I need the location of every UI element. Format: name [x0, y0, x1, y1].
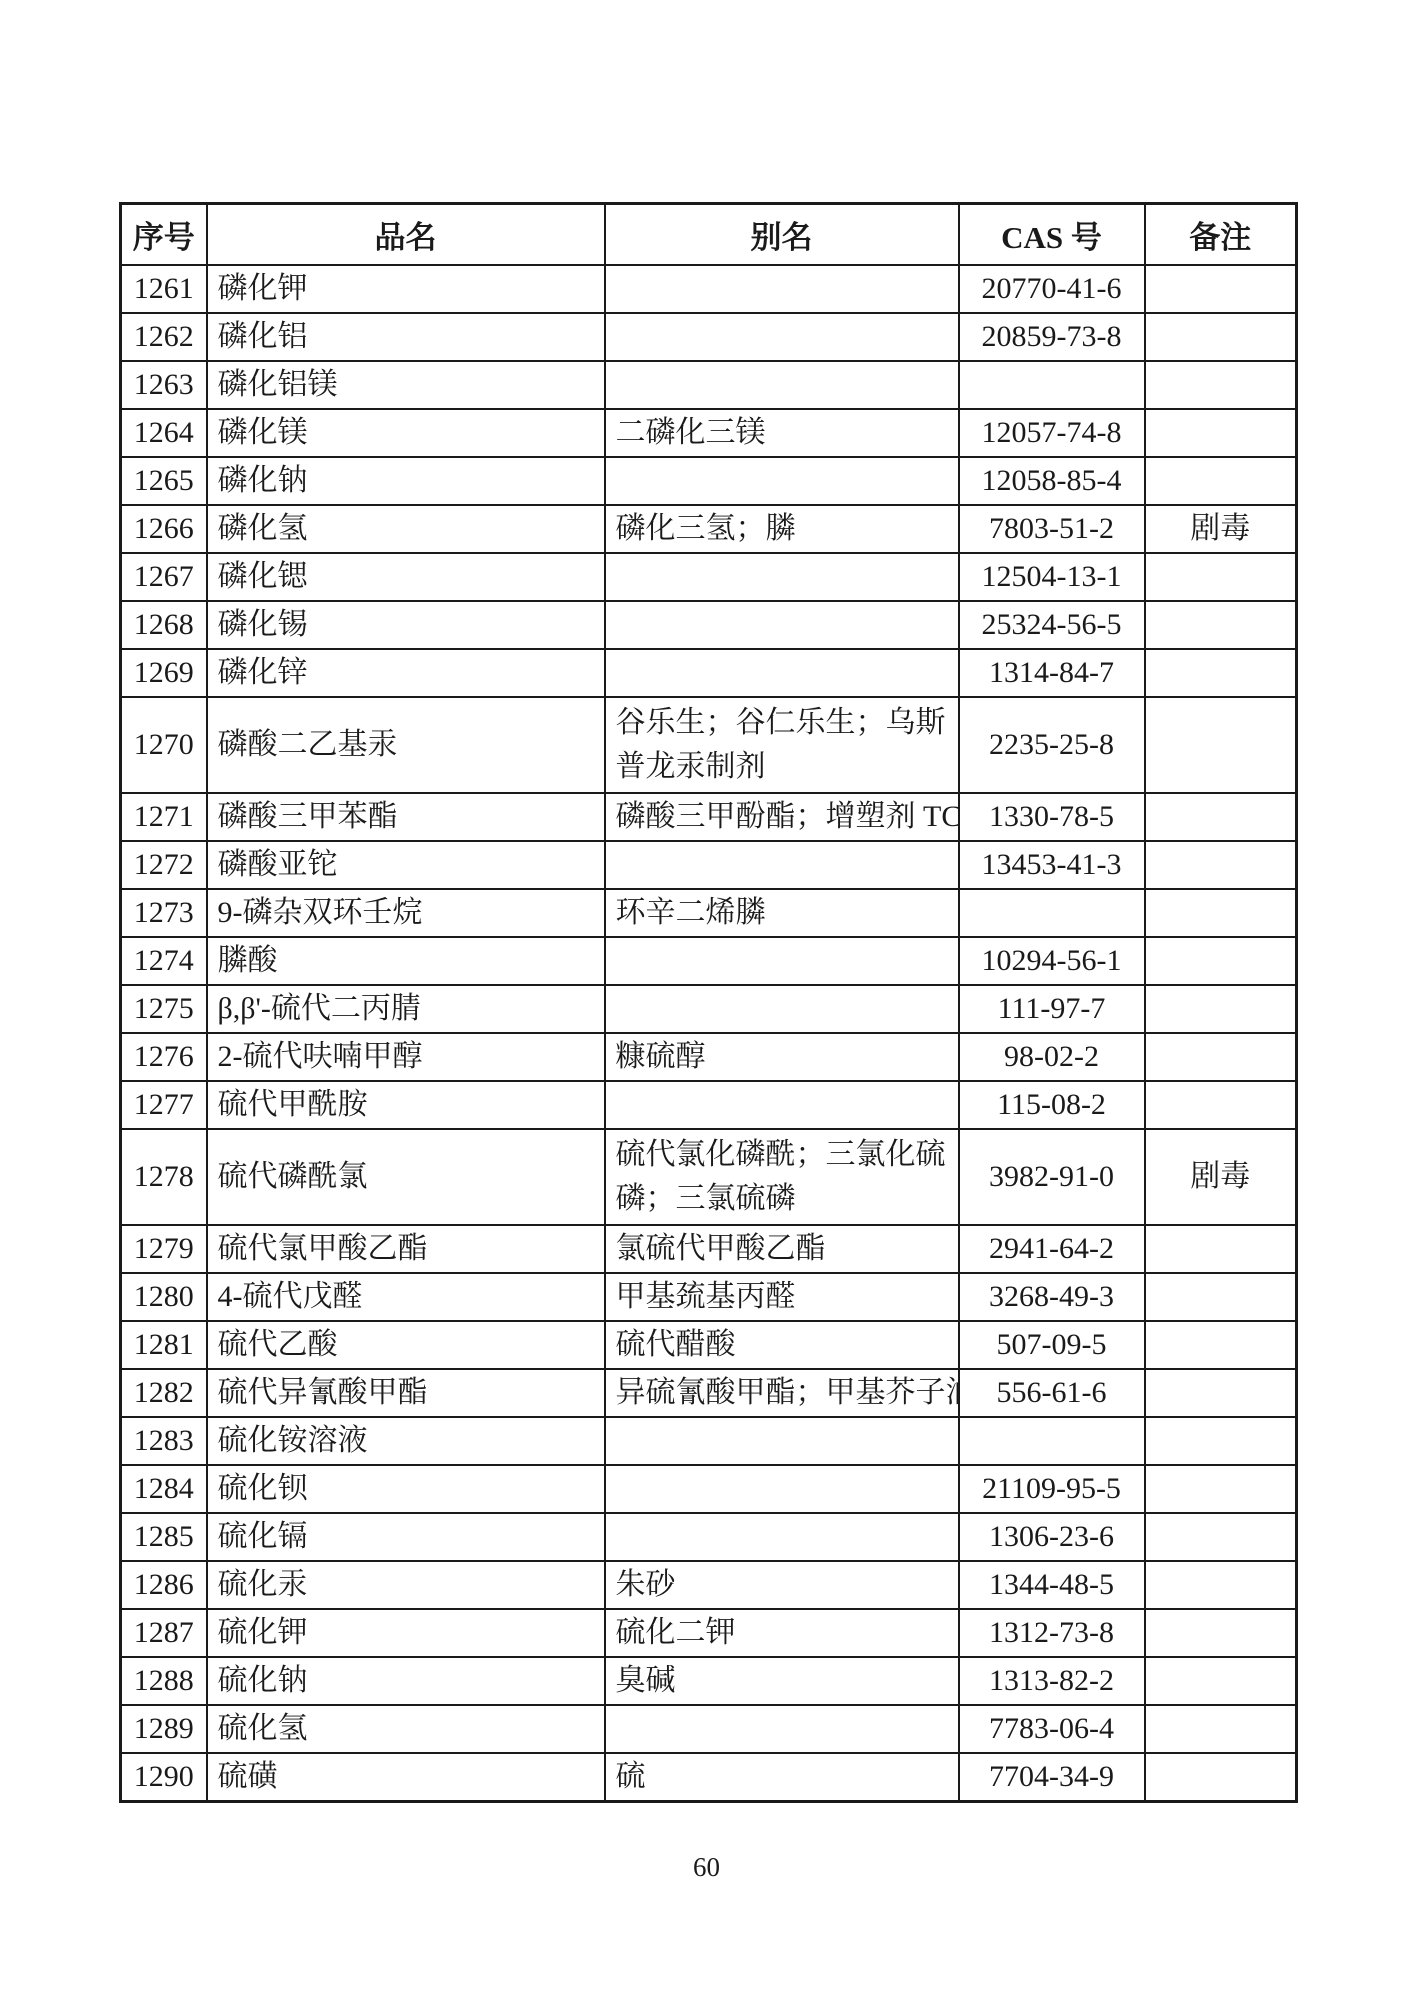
cell-serial: 1271 — [121, 793, 207, 841]
cell-remark — [1145, 649, 1297, 697]
cell-remark — [1145, 1081, 1297, 1129]
cell-serial: 1275 — [121, 985, 207, 1033]
cell-cas: 1312-73-8 — [959, 1609, 1145, 1657]
cell-serial: 1286 — [121, 1561, 207, 1609]
cell-alias — [605, 265, 959, 313]
cell-name: 磷化氢 — [207, 505, 605, 553]
table-row: 1287硫化钾硫化二钾1312-73-8 — [121, 1609, 1297, 1657]
header-cas: CAS 号 — [959, 204, 1145, 266]
cell-serial: 1278 — [121, 1129, 207, 1225]
cell-name: 2-硫代呋喃甲醇 — [207, 1033, 605, 1081]
cell-serial: 1283 — [121, 1417, 207, 1465]
cell-serial: 1282 — [121, 1369, 207, 1417]
table-row: 1278硫代磷酰氯硫代氯化磷酰；三氯化硫磷；三氯硫磷3982-91-0剧毒 — [121, 1129, 1297, 1225]
cell-name: 硫代甲酰胺 — [207, 1081, 605, 1129]
cell-serial: 1269 — [121, 649, 207, 697]
cell-name: 磷化钠 — [207, 457, 605, 505]
cell-name: 膦酸 — [207, 937, 605, 985]
cell-cas: 20859-73-8 — [959, 313, 1145, 361]
cell-cas: 98-02-2 — [959, 1033, 1145, 1081]
cell-cas: 1330-78-5 — [959, 793, 1145, 841]
table-row: 1281硫代乙酸硫代醋酸507-09-5 — [121, 1321, 1297, 1369]
header-row: 序号 品名 别名 CAS 号 备注 — [121, 204, 1297, 266]
cell-serial: 1264 — [121, 409, 207, 457]
cell-remark — [1145, 409, 1297, 457]
cell-serial: 1279 — [121, 1225, 207, 1273]
cell-remark — [1145, 457, 1297, 505]
table-row: 1262磷化铝20859-73-8 — [121, 313, 1297, 361]
cell-serial: 1267 — [121, 553, 207, 601]
cell-name: 硫化钡 — [207, 1465, 605, 1513]
cell-name: 硫代氯甲酸乙酯 — [207, 1225, 605, 1273]
cell-cas: 12504-13-1 — [959, 553, 1145, 601]
cell-remark — [1145, 1465, 1297, 1513]
cell-alias: 硫化二钾 — [605, 1609, 959, 1657]
cell-alias — [605, 313, 959, 361]
table-row: 12739-磷杂双环壬烷环辛二烯膦 — [121, 889, 1297, 937]
cell-alias — [605, 841, 959, 889]
cell-cas: 115-08-2 — [959, 1081, 1145, 1129]
table-row: 1270磷酸二乙基汞谷乐生；谷仁乐生；乌斯普龙汞制剂2235-25-8 — [121, 697, 1297, 793]
table-header: 序号 品名 别名 CAS 号 备注 — [121, 204, 1297, 266]
cell-name: 磷化钾 — [207, 265, 605, 313]
cell-cas: 10294-56-1 — [959, 937, 1145, 985]
cell-serial: 1273 — [121, 889, 207, 937]
cell-serial: 1272 — [121, 841, 207, 889]
cell-name: 硫化钠 — [207, 1657, 605, 1705]
cell-serial: 1280 — [121, 1273, 207, 1321]
header-serial: 序号 — [121, 204, 207, 266]
cell-name: 磷化镁 — [207, 409, 605, 457]
table-body: 1261磷化钾20770-41-61262磷化铝20859-73-81263磷化… — [121, 265, 1297, 1802]
table-row: 1290硫磺硫7704-34-9 — [121, 1753, 1297, 1802]
cell-cas: 21109-95-5 — [959, 1465, 1145, 1513]
cell-name: 硫代乙酸 — [207, 1321, 605, 1369]
cell-cas: 13453-41-3 — [959, 841, 1145, 889]
cell-name: 磷化锌 — [207, 649, 605, 697]
cell-remark — [1145, 265, 1297, 313]
cell-alias: 氯硫代甲酸乙酯 — [605, 1225, 959, 1273]
cell-alias — [605, 457, 959, 505]
cell-name: 硫化铵溶液 — [207, 1417, 605, 1465]
cell-remark: 剧毒 — [1145, 505, 1297, 553]
cell-alias: 臭碱 — [605, 1657, 959, 1705]
cell-serial: 1285 — [121, 1513, 207, 1561]
table-row: 1264磷化镁二磷化三镁12057-74-8 — [121, 409, 1297, 457]
cell-remark — [1145, 361, 1297, 409]
cell-serial: 1268 — [121, 601, 207, 649]
chemicals-table: 序号 品名 别名 CAS 号 备注 1261磷化钾20770-41-61262磷… — [119, 202, 1298, 1803]
cell-remark — [1145, 313, 1297, 361]
cell-cas: 12057-74-8 — [959, 409, 1145, 457]
cell-serial: 1276 — [121, 1033, 207, 1081]
cell-cas: 1313-82-2 — [959, 1657, 1145, 1705]
cell-cas: 111-97-7 — [959, 985, 1145, 1033]
cell-remark — [1145, 1417, 1297, 1465]
cell-alias: 环辛二烯膦 — [605, 889, 959, 937]
cell-remark — [1145, 1609, 1297, 1657]
cell-cas: 7803-51-2 — [959, 505, 1145, 553]
header-name: 品名 — [207, 204, 605, 266]
cell-name: 硫代异氰酸甲酯 — [207, 1369, 605, 1417]
cell-alias — [605, 1513, 959, 1561]
table-row: 12762-硫代呋喃甲醇糠硫醇98-02-2 — [121, 1033, 1297, 1081]
table-row: 1275β,β'-硫代二丙腈111-97-7 — [121, 985, 1297, 1033]
cell-serial: 1287 — [121, 1609, 207, 1657]
table-row: 1277硫代甲酰胺115-08-2 — [121, 1081, 1297, 1129]
cell-cas: 25324-56-5 — [959, 601, 1145, 649]
page-number: 60 — [0, 1852, 1413, 1883]
cell-name: 硫化镉 — [207, 1513, 605, 1561]
table-row: 1286硫化汞朱砂1344-48-5 — [121, 1561, 1297, 1609]
cell-alias: 磷化三氢；膦 — [605, 505, 959, 553]
cell-alias — [605, 937, 959, 985]
cell-serial: 1284 — [121, 1465, 207, 1513]
cell-alias: 异硫氰酸甲酯；甲基芥子油 — [605, 1369, 959, 1417]
cell-name: 硫代磷酰氯 — [207, 1129, 605, 1225]
cell-serial: 1277 — [121, 1081, 207, 1129]
cell-alias — [605, 985, 959, 1033]
cell-name: 磷酸亚铊 — [207, 841, 605, 889]
cell-alias — [605, 601, 959, 649]
cell-alias: 硫 — [605, 1753, 959, 1802]
cell-serial: 1281 — [121, 1321, 207, 1369]
table-row: 1284硫化钡21109-95-5 — [121, 1465, 1297, 1513]
cell-serial: 1288 — [121, 1657, 207, 1705]
cell-remark — [1145, 697, 1297, 793]
cell-name: 磷化铝镁 — [207, 361, 605, 409]
cell-cas — [959, 1417, 1145, 1465]
cell-remark — [1145, 937, 1297, 985]
cell-cas: 2941-64-2 — [959, 1225, 1145, 1273]
cell-cas: 556-61-6 — [959, 1369, 1145, 1417]
cell-name: 磷化铝 — [207, 313, 605, 361]
cell-cas: 507-09-5 — [959, 1321, 1145, 1369]
document-page: 序号 品名 别名 CAS 号 备注 1261磷化钾20770-41-61262磷… — [0, 0, 1413, 2000]
cell-remark — [1145, 1753, 1297, 1802]
table-row: 12804-硫代戊醛甲基巯基丙醛3268-49-3 — [121, 1273, 1297, 1321]
table-row: 1279硫代氯甲酸乙酯氯硫代甲酸乙酯2941-64-2 — [121, 1225, 1297, 1273]
cell-cas: 3982-91-0 — [959, 1129, 1145, 1225]
table-row: 1282硫代异氰酸甲酯异硫氰酸甲酯；甲基芥子油556-61-6 — [121, 1369, 1297, 1417]
table-row: 1274膦酸10294-56-1 — [121, 937, 1297, 985]
cell-alias: 甲基巯基丙醛 — [605, 1273, 959, 1321]
cell-name: 磷化锶 — [207, 553, 605, 601]
cell-serial: 1290 — [121, 1753, 207, 1802]
cell-serial: 1270 — [121, 697, 207, 793]
cell-remark — [1145, 1561, 1297, 1609]
cell-serial: 1265 — [121, 457, 207, 505]
cell-cas: 7783-06-4 — [959, 1705, 1145, 1753]
cell-name: 磷化锡 — [207, 601, 605, 649]
cell-cas: 1306-23-6 — [959, 1513, 1145, 1561]
cell-remark — [1145, 601, 1297, 649]
cell-serial: 1289 — [121, 1705, 207, 1753]
cell-cas: 12058-85-4 — [959, 457, 1145, 505]
cell-serial: 1263 — [121, 361, 207, 409]
cell-cas: 2235-25-8 — [959, 697, 1145, 793]
cell-alias — [605, 1705, 959, 1753]
table-row: 1263磷化铝镁 — [121, 361, 1297, 409]
cell-alias: 朱砂 — [605, 1561, 959, 1609]
cell-remark — [1145, 841, 1297, 889]
cell-remark — [1145, 1513, 1297, 1561]
cell-alias — [605, 1081, 959, 1129]
cell-serial: 1261 — [121, 265, 207, 313]
table-row: 1272磷酸亚铊13453-41-3 — [121, 841, 1297, 889]
cell-name: 硫化汞 — [207, 1561, 605, 1609]
header-remark: 备注 — [1145, 204, 1297, 266]
cell-alias — [605, 553, 959, 601]
cell-name: 硫磺 — [207, 1753, 605, 1802]
cell-remark — [1145, 889, 1297, 937]
cell-remark — [1145, 1657, 1297, 1705]
cell-cas: 1344-48-5 — [959, 1561, 1145, 1609]
cell-remark — [1145, 1033, 1297, 1081]
cell-remark — [1145, 1705, 1297, 1753]
cell-cas: 7704-34-9 — [959, 1753, 1145, 1802]
table-row: 1267磷化锶12504-13-1 — [121, 553, 1297, 601]
cell-remark — [1145, 1273, 1297, 1321]
cell-cas — [959, 889, 1145, 937]
cell-remark — [1145, 553, 1297, 601]
cell-alias: 硫代氯化磷酰；三氯化硫磷；三氯硫磷 — [605, 1129, 959, 1225]
table-row: 1285硫化镉1306-23-6 — [121, 1513, 1297, 1561]
table-row: 1268磷化锡25324-56-5 — [121, 601, 1297, 649]
cell-name: 磷酸二乙基汞 — [207, 697, 605, 793]
cell-name: β,β'-硫代二丙腈 — [207, 985, 605, 1033]
header-alias: 别名 — [605, 204, 959, 266]
cell-alias — [605, 361, 959, 409]
cell-alias — [605, 649, 959, 697]
cell-serial: 1262 — [121, 313, 207, 361]
cell-alias: 磷酸三甲酚酯；增塑剂 TCP — [605, 793, 959, 841]
cell-serial: 1274 — [121, 937, 207, 985]
cell-alias: 硫代醋酸 — [605, 1321, 959, 1369]
cell-cas: 1314-84-7 — [959, 649, 1145, 697]
table-row: 1271磷酸三甲苯酯磷酸三甲酚酯；增塑剂 TCP1330-78-5 — [121, 793, 1297, 841]
cell-remark: 剧毒 — [1145, 1129, 1297, 1225]
cell-cas — [959, 361, 1145, 409]
cell-cas: 20770-41-6 — [959, 265, 1145, 313]
cell-alias: 二磷化三镁 — [605, 409, 959, 457]
cell-serial: 1266 — [121, 505, 207, 553]
cell-remark — [1145, 985, 1297, 1033]
table-row: 1266磷化氢磷化三氢；膦7803-51-2剧毒 — [121, 505, 1297, 553]
cell-name: 硫化氢 — [207, 1705, 605, 1753]
cell-name: 4-硫代戊醛 — [207, 1273, 605, 1321]
cell-name: 硫化钾 — [207, 1609, 605, 1657]
table-row: 1288硫化钠臭碱1313-82-2 — [121, 1657, 1297, 1705]
table-row: 1283硫化铵溶液 — [121, 1417, 1297, 1465]
cell-cas: 3268-49-3 — [959, 1273, 1145, 1321]
cell-remark — [1145, 1369, 1297, 1417]
table-row: 1289硫化氢7783-06-4 — [121, 1705, 1297, 1753]
cell-alias: 谷乐生；谷仁乐生；乌斯普龙汞制剂 — [605, 697, 959, 793]
cell-name: 9-磷杂双环壬烷 — [207, 889, 605, 937]
cell-remark — [1145, 793, 1297, 841]
table-row: 1269磷化锌1314-84-7 — [121, 649, 1297, 697]
cell-alias: 糠硫醇 — [605, 1033, 959, 1081]
cell-name: 磷酸三甲苯酯 — [207, 793, 605, 841]
cell-remark — [1145, 1225, 1297, 1273]
cell-alias — [605, 1417, 959, 1465]
cell-alias — [605, 1465, 959, 1513]
cell-remark — [1145, 1321, 1297, 1369]
table-row: 1261磷化钾20770-41-6 — [121, 265, 1297, 313]
table-row: 1265磷化钠12058-85-4 — [121, 457, 1297, 505]
